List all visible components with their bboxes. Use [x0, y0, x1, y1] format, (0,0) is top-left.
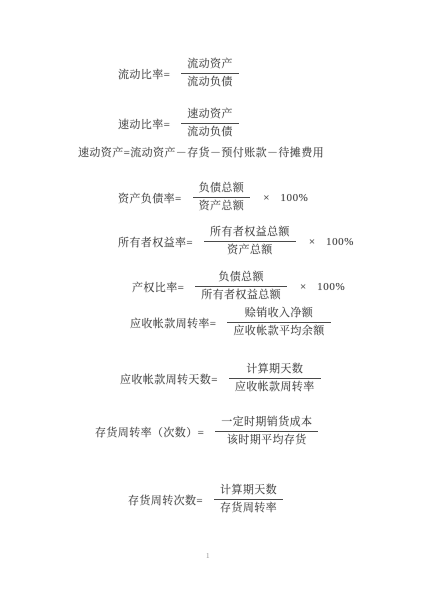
fraction-denominator: 该时期平均存货	[221, 432, 313, 447]
formula-row: 速动比率=速动资产流动负债	[118, 108, 239, 139]
fraction-denominator: 资产总额	[221, 242, 279, 257]
formula-label: 产权比率=	[132, 279, 184, 295]
formula-row: 速动资产=流动资产－存货－预付账款－待摊费用	[78, 144, 324, 160]
fraction-denominator: 流动负债	[181, 74, 239, 89]
fraction: 速动资产流动负债	[181, 108, 239, 139]
fraction-numerator: 负债总额	[212, 271, 270, 286]
formula-label: 应收帐款周转天数=	[120, 371, 218, 387]
formula-label: 流动比率=	[118, 66, 170, 82]
fraction: 计算期天数应收帐款周转率	[229, 363, 321, 394]
fraction-numerator: 流动资产	[181, 58, 239, 73]
fraction-denominator: 应收帐款周转率	[229, 379, 321, 394]
fraction-denominator: 存货周转率	[214, 500, 283, 515]
formula-row: 应收帐款周转天数=计算期天数应收帐款周转率	[120, 363, 321, 394]
formula-row: 流动比率=流动资产流动负债	[118, 58, 239, 89]
formula-label: 速动比率=	[118, 116, 170, 132]
fraction-numerator: 计算期天数	[214, 484, 283, 499]
fraction: 负债总额资产总额	[193, 182, 251, 213]
fraction-numerator: 计算期天数	[240, 363, 309, 378]
fraction: 所有者权益总额资产总额	[204, 226, 296, 257]
fraction: 计算期天数存货周转率	[214, 484, 283, 515]
fraction-denominator: 所有者权益总额	[195, 287, 287, 302]
formula-row: 产权比率=负债总额所有者权益总额× 100%	[132, 271, 345, 302]
formula-row: 应收帐款周转率=赊销收入净额应收帐款平均余额	[130, 307, 331, 338]
fraction-denominator: 资产总额	[193, 198, 251, 213]
fraction-numerator: 负债总额	[193, 182, 251, 197]
formula-label: 应收帐款周转率=	[130, 315, 216, 331]
fraction: 流动资产流动负债	[181, 58, 239, 89]
fraction-numerator: 速动资产	[181, 108, 239, 123]
formula-row: 资产负债率=负债总额资产总额× 100%	[118, 182, 308, 213]
formula-row: 所有者权益率=所有者权益总额资产总额× 100%	[118, 226, 354, 257]
fraction-denominator: 流动负债	[181, 124, 239, 139]
fraction-denominator: 应收帐款平均余额	[227, 323, 330, 338]
formula-suffix: × 100%	[300, 281, 345, 293]
formula-label: 存货周转率（次数）=	[95, 424, 204, 440]
formula-suffix: × 100%	[309, 236, 354, 248]
formula-row: 存货周转率（次数）=一定时期销货成本该时期平均存货	[95, 416, 318, 447]
formula-label: 资产负债率=	[118, 190, 182, 206]
fraction-numerator: 一定时期销货成本	[215, 416, 318, 431]
document-page: 流动比率=流动资产流动负债速动比率=速动资产流动负债速动资产=流动资产－存货－预…	[0, 0, 423, 600]
fraction: 一定时期销货成本该时期平均存货	[215, 416, 318, 447]
fraction: 赊销收入净额应收帐款平均余额	[227, 307, 330, 338]
fraction: 负债总额所有者权益总额	[195, 271, 287, 302]
page-number: 1	[206, 552, 210, 560]
inline-equation: 速动资产=流动资产－存货－预付账款－待摊费用	[78, 144, 324, 160]
fraction-numerator: 所有者权益总额	[204, 226, 296, 241]
formula-row: 存货周转次数=计算期天数存货周转率	[128, 484, 283, 515]
formula-suffix: × 100%	[263, 192, 308, 204]
fraction-numerator: 赊销收入净额	[239, 307, 319, 322]
formula-label: 存货周转次数=	[128, 492, 203, 508]
formula-label: 所有者权益率=	[118, 234, 193, 250]
